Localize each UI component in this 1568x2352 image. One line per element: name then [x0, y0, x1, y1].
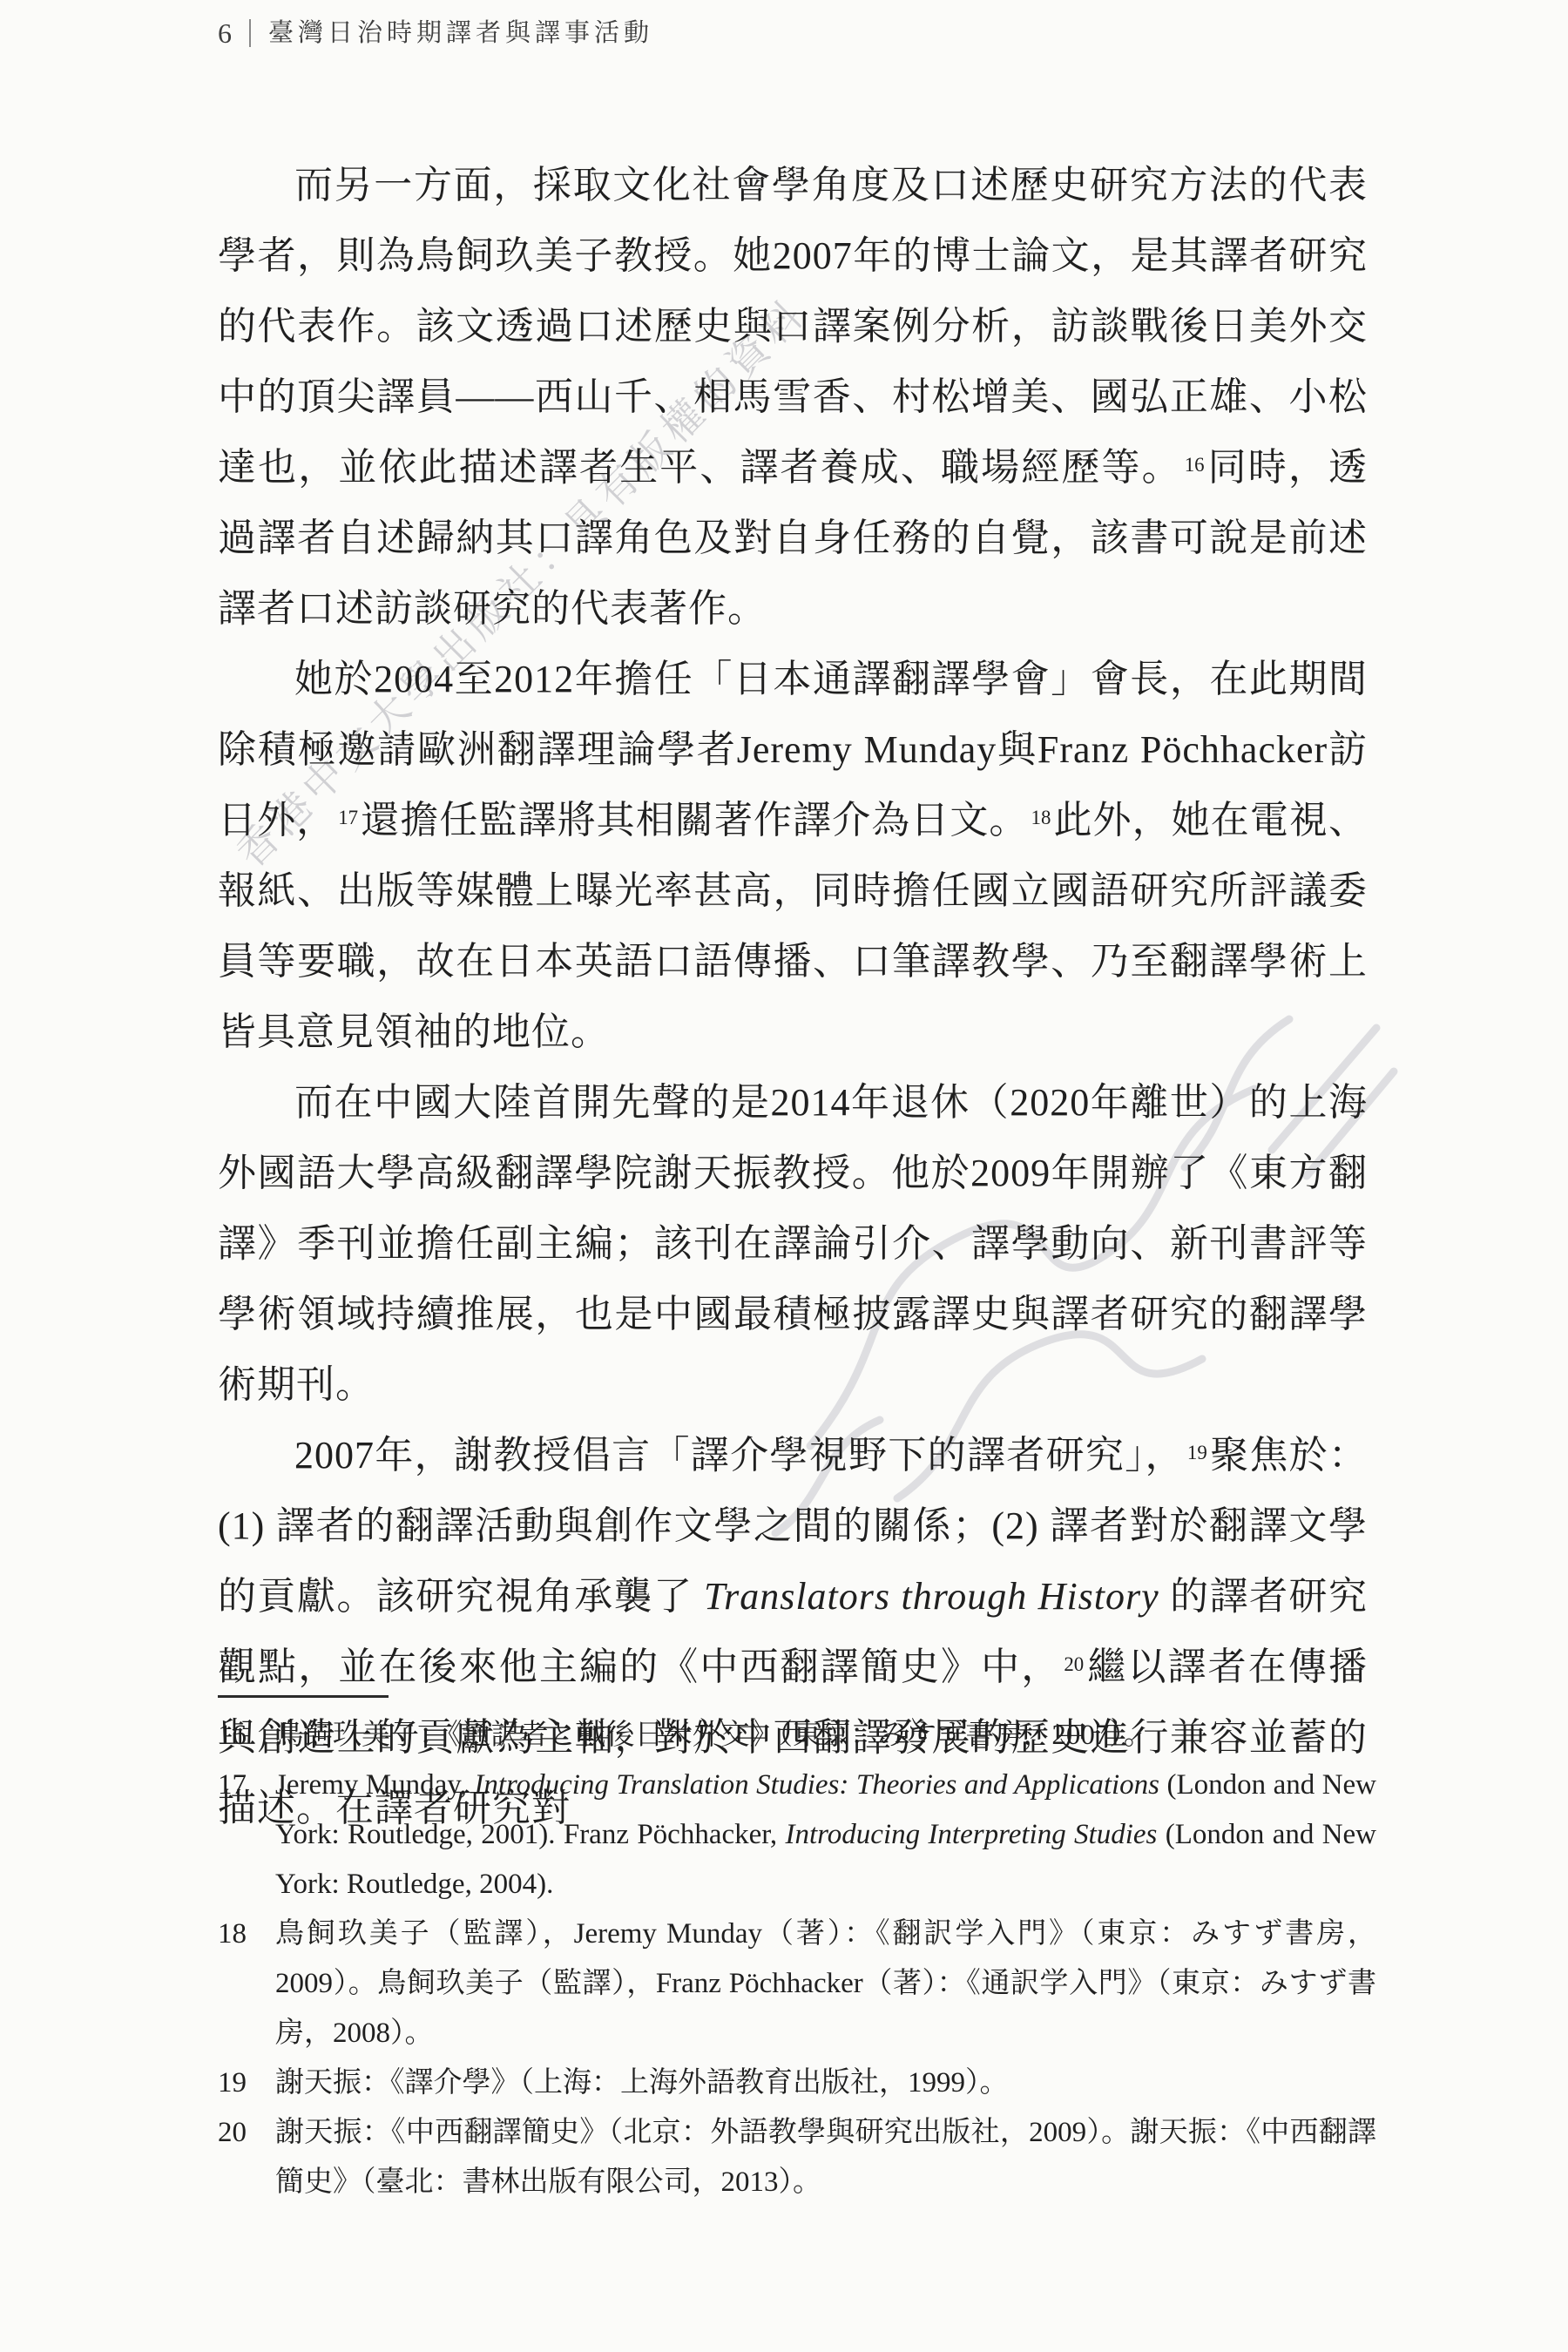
- footnote-number: 18: [218, 1909, 275, 1959]
- footnote-marker: 16: [1182, 454, 1207, 476]
- text-segment: 還擔任監譯將其相關著作譯介為日文。: [361, 799, 1028, 841]
- footnote-marker: 20: [1061, 1653, 1086, 1675]
- footnote-marker: 19: [1185, 1442, 1210, 1463]
- text-segment: 鳥飼玖美子：《通訳者と戦後日米外交》（東京：みすず書房，2007）。: [275, 1720, 1152, 1751]
- page-number: 6: [218, 19, 232, 47]
- text-segment: 而在中國大陸首開先聲的是2014年退休（2020年離世）的上海外國語大學高級翻譯…: [218, 1081, 1368, 1406]
- text-segment: Introducing Translation Studies: Theorie…: [474, 1769, 1159, 1801]
- footnote-item: 18鳥飼玖美子（監譯），Jeremy Munday（著）：《翻訳学入門》（東京：…: [218, 1909, 1376, 2058]
- footnote-number: 16: [218, 1711, 275, 1761]
- body-paragraph: 她於2004至2012年擔任「日本通譯翻譯學會」會長，在此期間除積極邀請歐洲翻譯…: [218, 644, 1368, 1067]
- header-divider: [249, 19, 251, 47]
- text-segment: 鳥飼玖美子（監譯），Jeremy Munday（著）：《翻訳学入門》（東京：みす…: [275, 1918, 1376, 2049]
- text-segment: 謝天振：《譯介學》（上海：上海外語教育出版社，1999）。: [275, 2067, 1009, 2099]
- body-paragraph: 而另一方面，採取文化社會學角度及口述歷史研究方法的代表學者，則為鳥飼玖美子教授。…: [218, 150, 1368, 644]
- text-segment: Jeremy Munday,: [275, 1769, 474, 1801]
- body-paragraph: 而在中國大陸首開先聲的是2014年退休（2020年離世）的上海外國語大學高級翻譯…: [218, 1067, 1368, 1420]
- footnote-number: 17: [218, 1761, 275, 1810]
- book-page: 6 臺灣日治時期譯者與譯事活動 香港中文大學出版社：具有版權的資料 而另一方面，…: [0, 0, 1568, 2352]
- footnote-marker: 17: [335, 807, 361, 828]
- footnote-item: 16鳥飼玖美子：《通訳者と戦後日米外交》（東京：みすず書房，2007）。: [218, 1711, 1376, 1761]
- text-segment: 2007年，謝教授倡言「譯介學視野下的譯者研究」，: [294, 1434, 1185, 1477]
- footnote-text: 謝天振：《譯介學》（上海：上海外語教育出版社，1999）。: [275, 2058, 1376, 2108]
- footnote-text: 謝天振：《中西翻譯簡史》（北京：外語教學與研究出版社，2009）。謝天振：《中西…: [275, 2108, 1376, 2207]
- footnote-item: 20謝天振：《中西翻譯簡史》（北京：外語教學與研究出版社，2009）。謝天振：《…: [218, 2108, 1376, 2207]
- footnote-item: 19謝天振：《譯介學》（上海：上海外語教育出版社，1999）。: [218, 2058, 1376, 2108]
- footnote-text: 鳥飼玖美子：《通訳者と戦後日米外交》（東京：みすず書房，2007）。: [275, 1711, 1376, 1761]
- running-header: 6 臺灣日治時期譯者與譯事活動: [218, 19, 653, 47]
- book-title: 臺灣日治時期譯者與譯事活動: [268, 21, 653, 46]
- text-segment: 而另一方面，採取文化社會學角度及口述歷史研究方法的代表學者，則為鳥飼玖美子教授。…: [218, 164, 1368, 489]
- text-segment: Introducing Interpreting Studies: [786, 1819, 1158, 1850]
- body-text: 而另一方面，採取文化社會學角度及口述歷史研究方法的代表學者，則為鳥飼玖美子教授。…: [218, 150, 1368, 1843]
- footnote-marker: 18: [1029, 807, 1054, 828]
- footnote-separator: [218, 1695, 389, 1698]
- text-segment: 謝天振：《中西翻譯簡史》（北京：外語教學與研究出版社，2009）。謝天振：《中西…: [275, 2117, 1376, 2198]
- footnote-text: Jeremy Munday, Introducing Translation S…: [275, 1761, 1376, 1909]
- footnote-list: 16鳥飼玖美子：《通訳者と戦後日米外交》（東京：みすず書房，2007）。17Je…: [218, 1711, 1376, 2207]
- footnote-number: 19: [218, 2058, 275, 2108]
- text-segment: Translators through History: [704, 1575, 1159, 1618]
- footnote-item: 17Jeremy Munday, Introducing Translation…: [218, 1761, 1376, 1909]
- footnote-text: 鳥飼玖美子（監譯），Jeremy Munday（著）：《翻訳学入門》（東京：みす…: [275, 1909, 1376, 2058]
- footnote-number: 20: [218, 2108, 275, 2158]
